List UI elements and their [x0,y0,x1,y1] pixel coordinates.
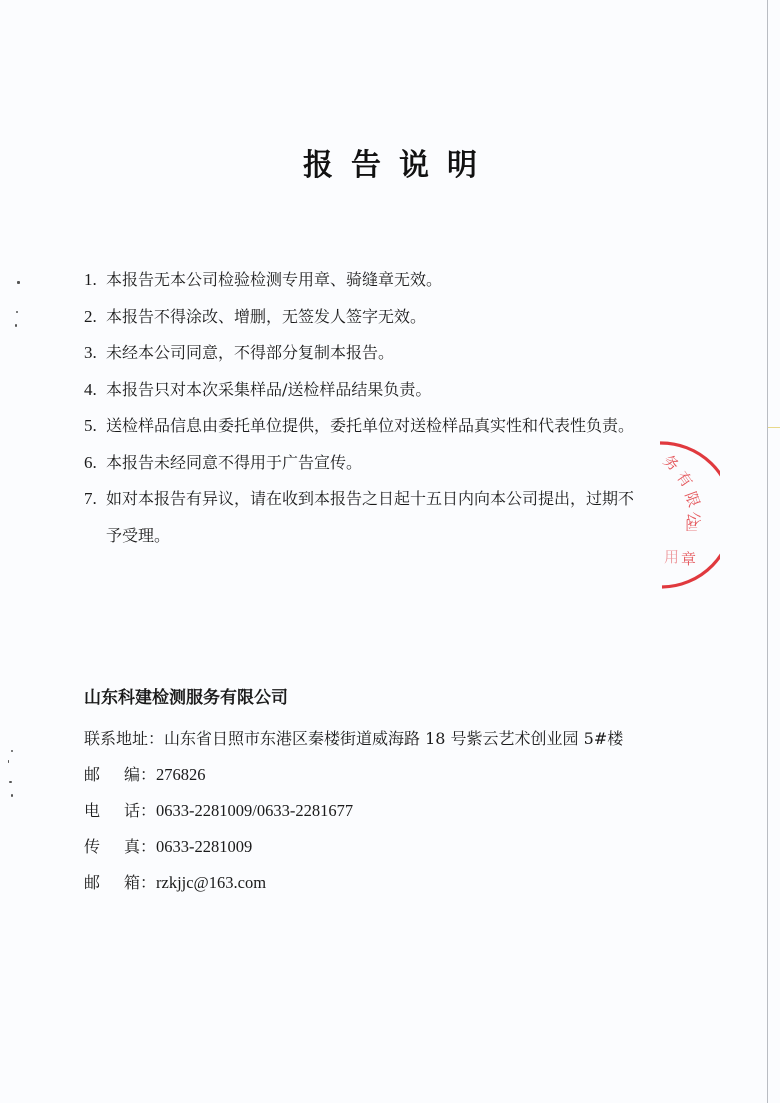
label-char: 话： [124,793,156,829]
notes-list: 1. 本报告无本公司检验检测专用章、骑缝章无效。 2. 本报告不得涂改、增删，无… [84,262,734,554]
scan-artifact [17,281,20,284]
postcode-label: 邮 编： [84,757,156,793]
note-number: 7. [84,481,106,518]
company-name: 山东科建检测服务有限公司 [84,683,288,708]
address-value: 山东省日照市东港区秦楼街道威海路 18 号紫云艺术创业园 5#楼 [164,721,623,757]
contact-info: 联系地址： 山东省日照市东港区秦楼街道威海路 18 号紫云艺术创业园 5#楼 邮… [84,721,734,901]
note-number: 6. [84,445,106,482]
note-text: 本报告无本公司检验检测专用章、骑缝章无效。 [106,262,442,299]
email-row: 邮 箱： rzkjjc@163.com [84,865,734,901]
note-number: 2. [84,299,106,336]
note-text: 送检样品信息由委托单位提供，委托单位对送检样品真实性和代表性负责。 [106,408,634,445]
edge-mark [768,427,780,428]
note-text: 本报告只对本次采集样品/送检样品结果负责。 [106,372,431,409]
note-number: 1. [84,262,106,299]
note-number: 5. [84,408,106,445]
postcode-row: 邮 编： 276826 [84,757,734,793]
label-char: 邮 [84,757,100,793]
note-item: 3. 未经本公司同意，不得部分复制本报告。 [84,335,734,372]
note-item: 4. 本报告只对本次采集样品/送检样品结果负责。 [84,372,734,409]
note-item: 5. 送检样品信息由委托单位提供，委托单位对送检样品真实性和代表性负责。 [84,408,734,445]
label-char: 邮 [84,865,100,901]
label-char: 传 [84,829,100,865]
report-page: 报告说明 1. 本报告无本公司检验检测专用章、骑缝章无效。 2. 本报告不得涂改… [0,0,780,1103]
note-number: 4. [84,372,106,409]
label-char: 编： [124,757,156,793]
note-item-continuation: 予受理。 [84,518,734,555]
address-row: 联系地址： 山东省日照市东港区秦楼街道威海路 18 号紫云艺术创业园 5#楼 [84,721,734,757]
email-value: rzkjjc@163.com [156,865,266,901]
note-text: 予受理。 [106,518,170,555]
scan-artifact [16,311,18,313]
note-item: 1. 本报告无本公司检验检测专用章、骑缝章无效。 [84,262,734,299]
fax-row: 传 真： 0633-2281009 [84,829,734,865]
label-char: 电 [84,793,100,829]
label-char: 真： [124,829,156,865]
scan-artifact [11,794,13,797]
note-number: 3. [84,335,106,372]
phone-row: 电 话： 0633-2281009/0633-2281677 [84,793,734,829]
scan-artifact [9,781,12,783]
postcode-value: 276826 [156,757,206,793]
note-text: 本报告不得涂改、增删，无签发人签字无效。 [106,299,426,336]
note-text: 未经本公司同意，不得部分复制本报告。 [106,335,394,372]
scan-artifact [8,760,9,763]
phone-label: 电 话： [84,793,156,829]
fax-label: 传 真： [84,829,156,865]
note-item: 7. 如对本报告有异议，请在收到本报告之日起十五日内向本公司提出，过期不 [84,481,734,518]
scan-artifact [15,324,17,327]
label-char: 箱： [124,865,156,901]
address-label: 联系地址： [84,721,164,757]
note-text: 如对本报告有异议，请在收到本报告之日起十五日内向本公司提出，过期不 [106,481,634,518]
fax-value: 0633-2281009 [156,829,252,865]
note-item: 2. 本报告不得涂改、增删，无签发人签字无效。 [84,299,734,336]
page-title: 报告说明 [0,140,780,184]
email-label: 邮 箱： [84,865,156,901]
note-item: 6. 本报告未经同意不得用于广告宣传。 [84,445,734,482]
phone-value: 0633-2281009/0633-2281677 [156,793,353,829]
scan-artifact [11,750,13,752]
note-text: 本报告未经同意不得用于广告宣传。 [106,445,362,482]
